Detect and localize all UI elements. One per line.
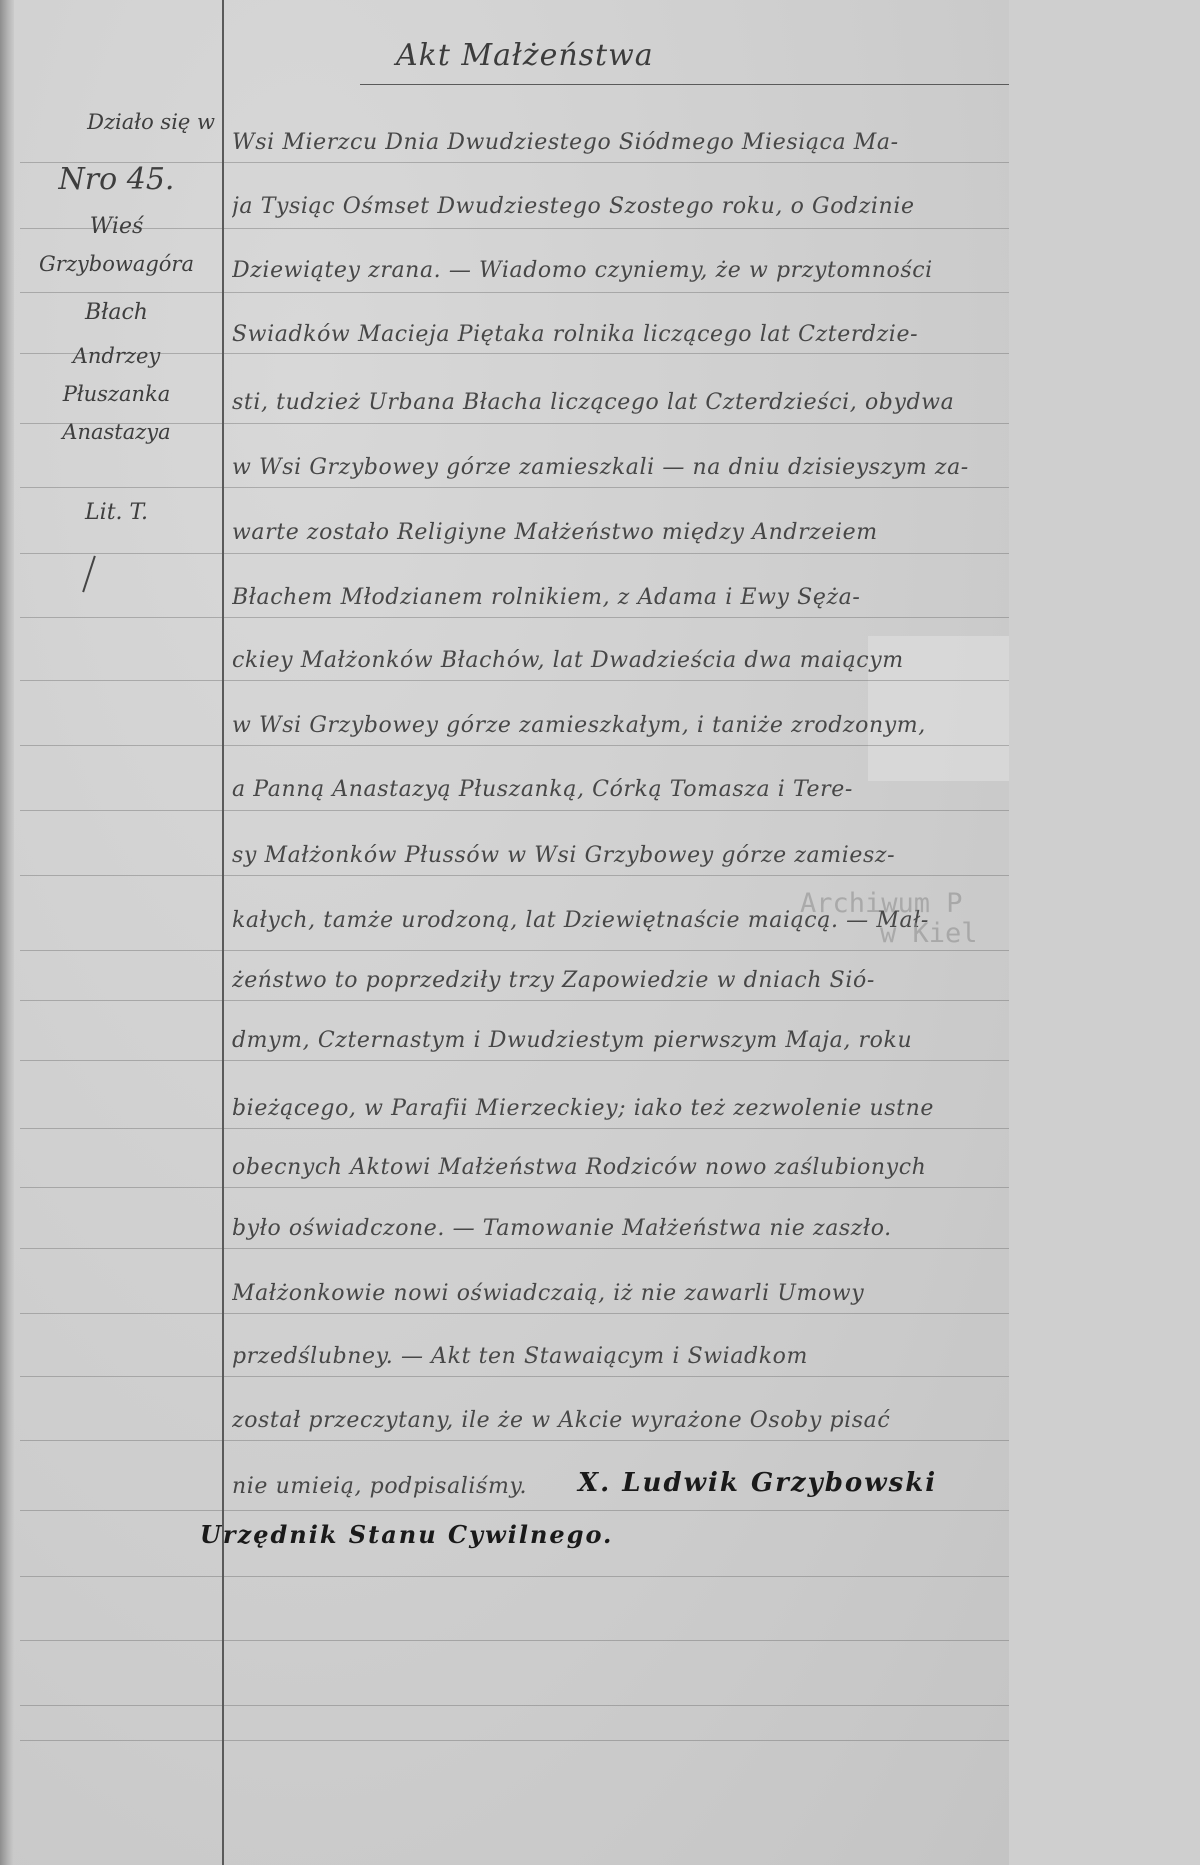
body-line: Swiadków Macieja Piętaka rolnika liczące… xyxy=(232,322,1002,347)
ruled-line xyxy=(20,1060,1009,1061)
document-title: Akt Małżeństwa xyxy=(396,38,654,73)
body-line: Błachem Młodzianem rolnikiem, z Adama i … xyxy=(232,585,1002,610)
body-line: ja Tysiąc Ośmset Dwudziestego Szostego r… xyxy=(232,194,1002,219)
ruled-line xyxy=(20,745,1009,746)
margin-bride-given-name: Anastazya xyxy=(14,420,219,444)
margin-letter-mark: Lit. T. xyxy=(14,500,219,525)
ruled-line xyxy=(20,1128,1009,1129)
margin-village-label: Wieś xyxy=(14,214,219,239)
ruled-line xyxy=(20,1313,1009,1314)
body-line: warte zostało Religiyne Małżeństwo międz… xyxy=(232,520,1002,545)
officiant-signature: X. Ludwik Grzybowski xyxy=(578,1468,937,1498)
ruled-line xyxy=(20,553,1009,554)
body-line: a Panną Anastazyą Płuszanką, Córką Tomas… xyxy=(232,777,1002,802)
margin-groom-surname: Błach xyxy=(14,300,219,325)
margin-rule xyxy=(222,0,224,1865)
ruled-line xyxy=(20,1740,1009,1741)
ruled-line xyxy=(20,1705,1009,1706)
ruled-line xyxy=(20,487,1009,488)
ruled-line xyxy=(20,1510,1009,1511)
margin-groom-given-name: Andrzey xyxy=(14,344,219,368)
ruled-line xyxy=(20,875,1009,876)
body-line: Wsi Mierzcu Dnia Dwudziestego Siódmego M… xyxy=(232,130,1002,155)
body-line: ckiey Małżonków Błachów, lat Dwadzieścia… xyxy=(232,648,1002,673)
margin-dzialo-sie: Działo się w xyxy=(14,110,219,134)
ruled-line xyxy=(20,1187,1009,1188)
ruled-line xyxy=(20,680,1009,681)
margin-village-name: Grzybowagóra xyxy=(14,252,219,276)
archive-watermark-line2: w Kiel xyxy=(880,918,978,949)
ruled-line xyxy=(20,1248,1009,1249)
body-line: nie umieią, podpisaliśmy. xyxy=(232,1474,572,1499)
margin-slash-mark xyxy=(82,556,96,593)
margin-record-number: Nro 45. xyxy=(14,162,219,197)
body-line: został przeczytany, ile że w Akcie wyraż… xyxy=(232,1408,1002,1433)
ruled-line xyxy=(20,1376,1009,1377)
ruled-line xyxy=(20,292,1009,293)
body-line: w Wsi Grzybowey górze zamieszkali — na d… xyxy=(232,455,1002,480)
body-line: dmym, Czternastym i Dwudziestym pierwszy… xyxy=(232,1028,1002,1053)
body-line: bieżącego, w Parafii Mierzeckiey; iako t… xyxy=(232,1096,1002,1121)
body-line: w Wsi Grzybowey górze zamieszkałym, i ta… xyxy=(232,713,1002,738)
body-line: sy Małżonków Płussów w Wsi Grzybowey gór… xyxy=(232,843,1002,868)
ruled-line xyxy=(20,810,1009,811)
ruled-line xyxy=(20,1576,1009,1577)
ruled-line xyxy=(20,1640,1009,1641)
archive-watermark-line1: Archiwum P xyxy=(800,888,963,919)
body-line: Dziewiątey zrana. — Wiadomo czyniemy, że… xyxy=(232,258,1002,283)
body-line: żeństwo to poprzedziły trzy Zapowiedzie … xyxy=(232,968,1002,993)
body-line: Małżonkowie nowi oświadczaią, iż nie zaw… xyxy=(232,1281,1002,1306)
ruled-line xyxy=(20,950,1009,951)
body-line: przedślubney. — Akt ten Stawaiącym i Swi… xyxy=(232,1344,1002,1369)
ruled-line xyxy=(20,1440,1009,1441)
margin-bride-surname: Płuszanka xyxy=(14,382,219,406)
body-line: obecnych Aktowi Małżeństwa Rodziców nowo… xyxy=(232,1155,1002,1180)
body-line: sti, tudzież Urbana Błacha liczącego lat… xyxy=(232,390,1002,415)
ruled-line xyxy=(20,1000,1009,1001)
title-underline xyxy=(360,84,1009,85)
civil-registrar-title: Urzędnik Stanu Cywilnego. xyxy=(200,1520,613,1549)
document-page: Akt Małżeństwa Działo się w Nro 45. Wieś… xyxy=(0,0,1009,1865)
ruled-line xyxy=(20,617,1009,618)
body-line: było oświadczone. — Tamowanie Małżeństwa… xyxy=(232,1216,1002,1241)
page-binding-edge xyxy=(0,0,14,1865)
